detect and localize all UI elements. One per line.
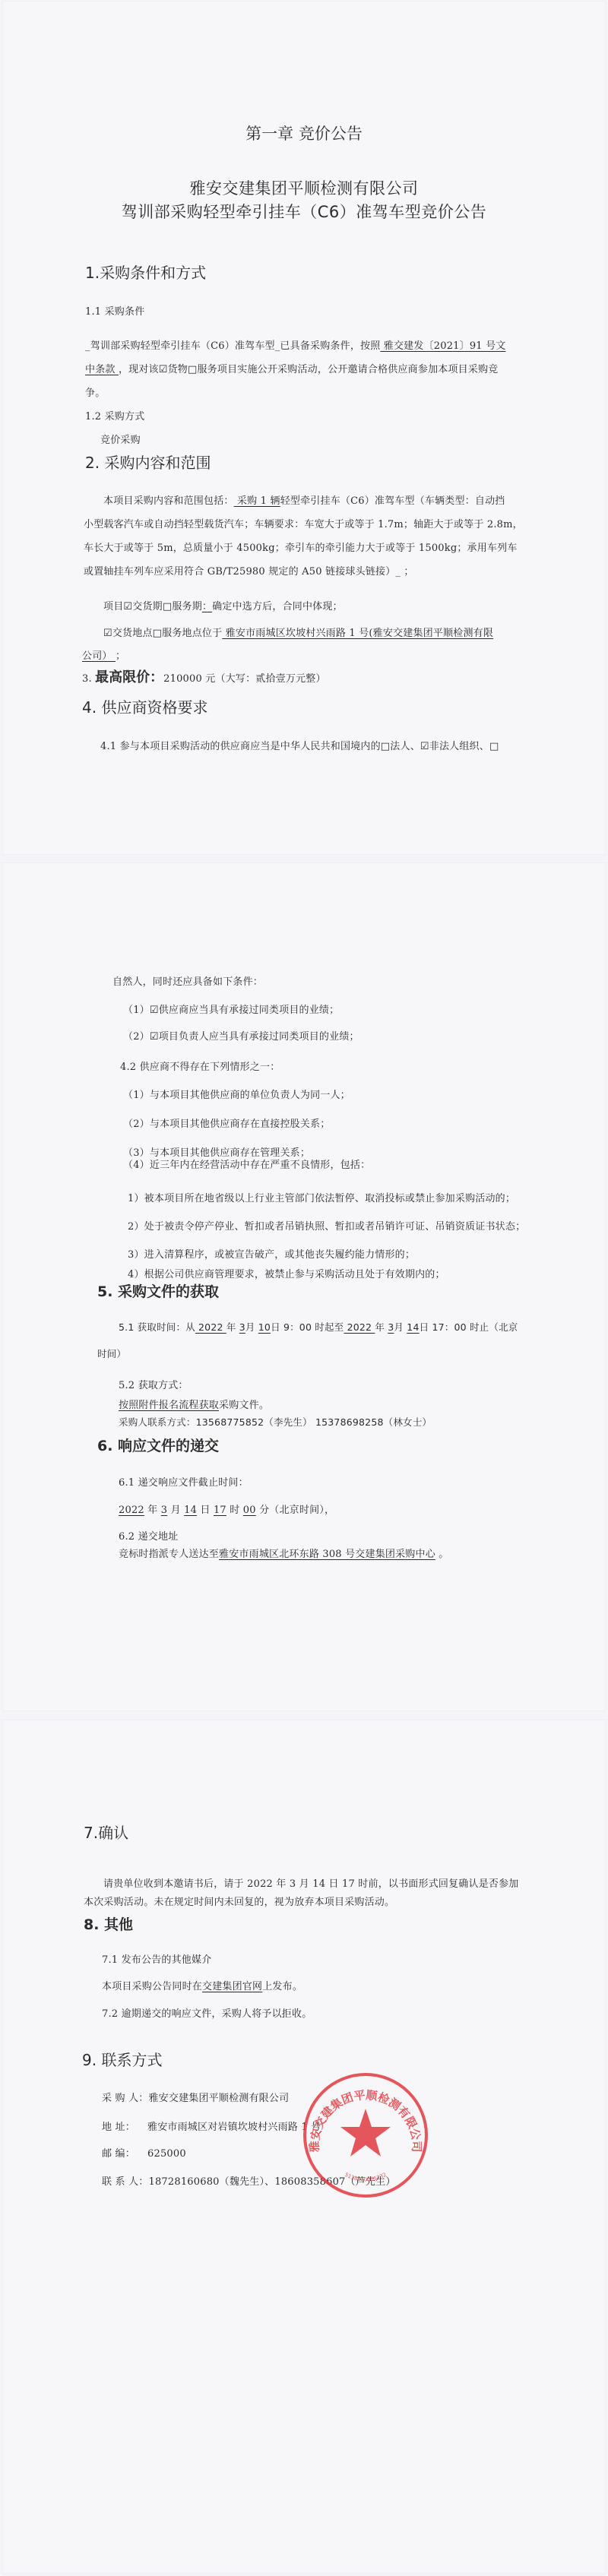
condition-1: （1）☑供应商应当具有承接过同类项目的业绩； [123,1002,339,1016]
deadline-minute: 00 [243,1505,256,1516]
section-5-heading: 5. 采购文件的获取 [97,1280,219,1301]
section-1-1-text: ，现对该☑货物□服务项目实施公开采购活动，公开邀请合格供应商参加本项目采购竞 [119,364,499,375]
delivery-value: 确定中选方后，合同中体现； [212,601,343,612]
acquisition-time: 5.1 获取时间：从 2022 年 3月 10日 9：00 时起至 2022 年… [119,1320,518,1334]
section-1-1-line3: 争。 [85,385,105,399]
purchaser-contact: 采购人联系方式：13568775852（李先生） 15378698258（林女士… [119,1415,432,1429]
address-end: 。 [435,1549,449,1560]
qualification-4-1: 4.1 参与本项目采购活动的供应商应当是中华人民共和国境内的□法人、☑非法人组织… [100,738,499,752]
year-char: 年 [144,1505,161,1516]
section-1-1-text: _驾训部采购轻型牵引挂车（C6）准驾车型_已具备采购条件，按照 [85,340,380,352]
start-year: 2022 [195,1321,226,1333]
section-1-2-title: 1.2 采购方式 [85,408,144,422]
delivery-colon: ： [202,601,212,612]
section-9-heading: 9. 联系方式 [82,2048,162,2070]
day-char: 日 [197,1505,214,1516]
exclusion-4-4: 4）根据公司供应商管理要求，被禁止参与采购活动且处于有效期内的； [128,1266,445,1280]
address-value: 雅安市雨城区北环东路 308 号交建集团采购中心 [219,1549,435,1560]
media-suffix: 上发布。 [262,1981,302,1992]
contact-row-address: 地 址：雅安市雨城区对岩镇坎坡村兴雨路 1 号 [102,2119,321,2133]
section-7-heading: 7.确认 [84,1821,128,1843]
other-7-2: 7.2 逾期递交的响应文件，采购人将予以拒收。 [102,2005,312,2020]
month-char: 月 [394,1321,404,1333]
end-year: 2022 [344,1321,375,1333]
submission-address-label: 6.2 递交地址 [119,1528,178,1543]
month-char: 月 [167,1505,184,1516]
exclusion-4-2-item: 2）处于被责令停产停业、暂扣或者吊销执照、暂扣或者吊销许可证、吊销资质证书状态； [128,1218,525,1233]
year-char: 年 [375,1321,385,1333]
max-price-label: 最高限价： [95,669,163,685]
section-2-line3: 车长大于或等于 5m，总质量小于 4500kg；牵引车的牵引能力大于或等于 15… [84,540,518,554]
section-4-heading: 4. 供应商资格要求 [82,695,207,717]
location-value-cont: 公司） [82,650,116,662]
scope-text: 轻型牵引挂车（C6）准驾车型（车辆类型：自动挡 [280,495,505,507]
other-7-1-value: 本项目采购公告同时在交建集团官网上发布。 [102,1978,302,1992]
end-time: 日 17：00 时止（北京 [420,1321,518,1333]
start-month: 3 [239,1321,245,1333]
method-tail: 采购文件。 [219,1400,269,1411]
location-value: 雅安市雨城区坎坡村兴雨路 1 号(雅安交建集团平顺检测有限 [222,628,493,639]
official-website-link[interactable]: 交建集团官网 [202,1981,262,1992]
section-3-max-price: 3. 最高限价：210000 元（大写：贰拾壹万元整） [82,666,326,686]
confirmation-line2: 本次采购活动。未在规定时间内未回复的，视为放弃本项目采购活动。 [84,1894,394,1908]
section-2-line1: 本项目采购内容和范围包括： 采购 1 辆轻型牵引挂车（C6）准驾车型（车辆类型：… [103,492,505,507]
svg-text:5118020005232: 5118020005232 [344,2172,388,2183]
deadline-value: 2022 年 3 月 14 日 17 时 00 分（北京时间）， [119,1502,334,1516]
contact-label: 邮 编： [102,2145,147,2160]
qualification-4-1-cont: 自然人，同时还应具备如下条件： [112,973,263,988]
contact-label: 采 购 人： [102,2093,148,2104]
section-3-number: 3. [82,673,95,685]
exclusion-2: （2）与本项目其他供应商存在直接控股关系； [123,1116,330,1130]
section-8-heading: 8. 其他 [84,1913,133,1934]
end-day: 14 [407,1321,419,1333]
registration-process-link[interactable]: 按照附件报名流程获取 [119,1400,219,1411]
section-2-line2: 小型载客汽车或自动挡轻型载货汽车；车辆要求：车宽大于或等于 1.7m；轴距大于或… [84,516,523,530]
deadline-year: 2022 [119,1505,144,1516]
acquisition-method: 按照附件报名流程获取采购文件。 [119,1397,269,1411]
exclusion-4-3: 3）进入清算程序，或被宣告破产，或其他丧失履约能力情形的； [128,1246,415,1261]
procurement-method: 竞价采购 [100,432,141,446]
media-prefix: 本项目采购公告同时在 [102,1981,202,1992]
acquisition-time-cont: 时间） [97,1347,126,1360]
contact-row-purchaser: 采 购 人：雅安交建集团平顺检测有限公司 [102,2090,289,2104]
other-7-1: 7.1 发布公告的其他媒介 [102,1951,211,1966]
contact-value: 雅安市雨城区对岩镇坎坡村兴雨路 1 号 [147,2122,321,2133]
contact-value: 625000 [147,2148,186,2160]
condition-2: （2）☑项目负责人应当具有承接过同类项目的业绩； [123,1028,359,1043]
quantity-underlined: 采购 1 辆 [234,495,280,507]
seal-star-icon [340,2109,391,2157]
official-seal-icon: 雅安交建集团平顺检测有限公司 5118020005232 [301,2071,430,2200]
contact-row-postcode: 邮 编：625000 [102,2145,186,2160]
contact-label: 地 址： [102,2119,147,2133]
confirmation-line1: 请贵单位收到本邀请书后，请于 2022 年 3 月 14 日 17 时前，以书面… [103,1875,519,1890]
time-label: 5.1 获取时间：从 [119,1321,195,1333]
contact-value: 雅安交建集团平顺检测有限公司 [148,2093,289,2104]
delivery-period: 项目☑交货期□服务期：确定中选方后，合同中体现； [103,598,343,612]
section-1-1-line2: 中条款 ，现对该☑货物□服务项目实施公开采购活动，公开邀请合格供应商参加本项目采… [85,361,498,375]
submission-address: 竞标时指派专人送达至雅安市雨城区北环东路 308 号交建集团采购中心 。 [119,1546,448,1560]
contact-label: 联 系 人： [102,2176,148,2188]
start-time: 日 9：00 时起至 [271,1321,344,1333]
document-page-2 [3,863,605,1710]
location-label: ☑交货地点□服务地点位于 [103,628,222,639]
section-2-line4: 或置轴挂车列车应采用符合 GB/T25980 规定的 A50 链接球头链接）_ … [84,563,414,578]
company-title: 雅安交建集团平顺检测有限公司 [0,176,608,199]
seal-code: 5118020005232 [344,2172,388,2183]
start-day: 10 [258,1321,271,1333]
scope-text: 本项目采购内容和范围包括： [103,495,234,507]
deadline-hour: 17 [214,1505,226,1516]
section-6-heading: 6. 响应文件的递交 [97,1435,219,1455]
location-end: ； [116,650,125,662]
section-1-1-line1: _驾训部采购轻型牵引挂车（C6）准驾车型_已具备采购条件，按照 雅交建发〔202… [85,337,506,352]
address-prefix: 竞标时指派专人送达至 [119,1549,219,1560]
chapter-title: 第一章 竞价公告 [0,122,608,144]
notice-title: 驾训部采购轻型牵引挂车（C6）准驾车型竞价公告 [0,200,608,223]
regulation-reference: 雅交建发〔2021〕91 号文 [380,340,505,352]
exclusion-1: （1）与本项目其他供应商的单位负责人为同一人； [123,1087,350,1101]
delivery-location: ☑交货地点□服务地点位于 雅安市雨城区坎坡村兴雨路 1 号(雅安交建集团平顺检测… [103,625,493,639]
regulation-reference-cont: 中条款 [85,364,119,375]
deadline-month: 3 [161,1505,167,1516]
section-1-1-title: 1.1 采购条件 [85,303,144,318]
max-price-value: 210000 元（大写：贰拾壹万元整） [163,673,326,685]
delivery-location-cont: 公司） ； [82,647,125,662]
exclusion-4: （4）近三年内在经营活动中存在严重不良情形，包括： [123,1157,370,1171]
exclusion-4-1: 1）被本项目所在地省级以上行业主管部门依法暂停、取消投标或禁止参加采购活动的； [128,1190,515,1204]
minute-char: 分（北京时间）， [256,1505,334,1516]
hour-char: 时 [226,1505,243,1516]
deadline-label: 6.1 递交响应文件截止时间： [119,1474,249,1489]
deadline-day: 14 [184,1505,197,1516]
section-2-heading: 2. 采购内容和范围 [85,451,211,473]
exclusion-4-2: 4.2 供应商不得存在下列情形之一： [120,1059,280,1073]
month-char: 月 [245,1321,255,1333]
delivery-label: 项目☑交货期□服务期 [103,601,202,612]
acquisition-method-label: 5.2 获取方式： [119,1377,188,1391]
year-char: 年 [226,1321,236,1333]
section-1-heading: 1.采购条件和方式 [85,261,206,283]
